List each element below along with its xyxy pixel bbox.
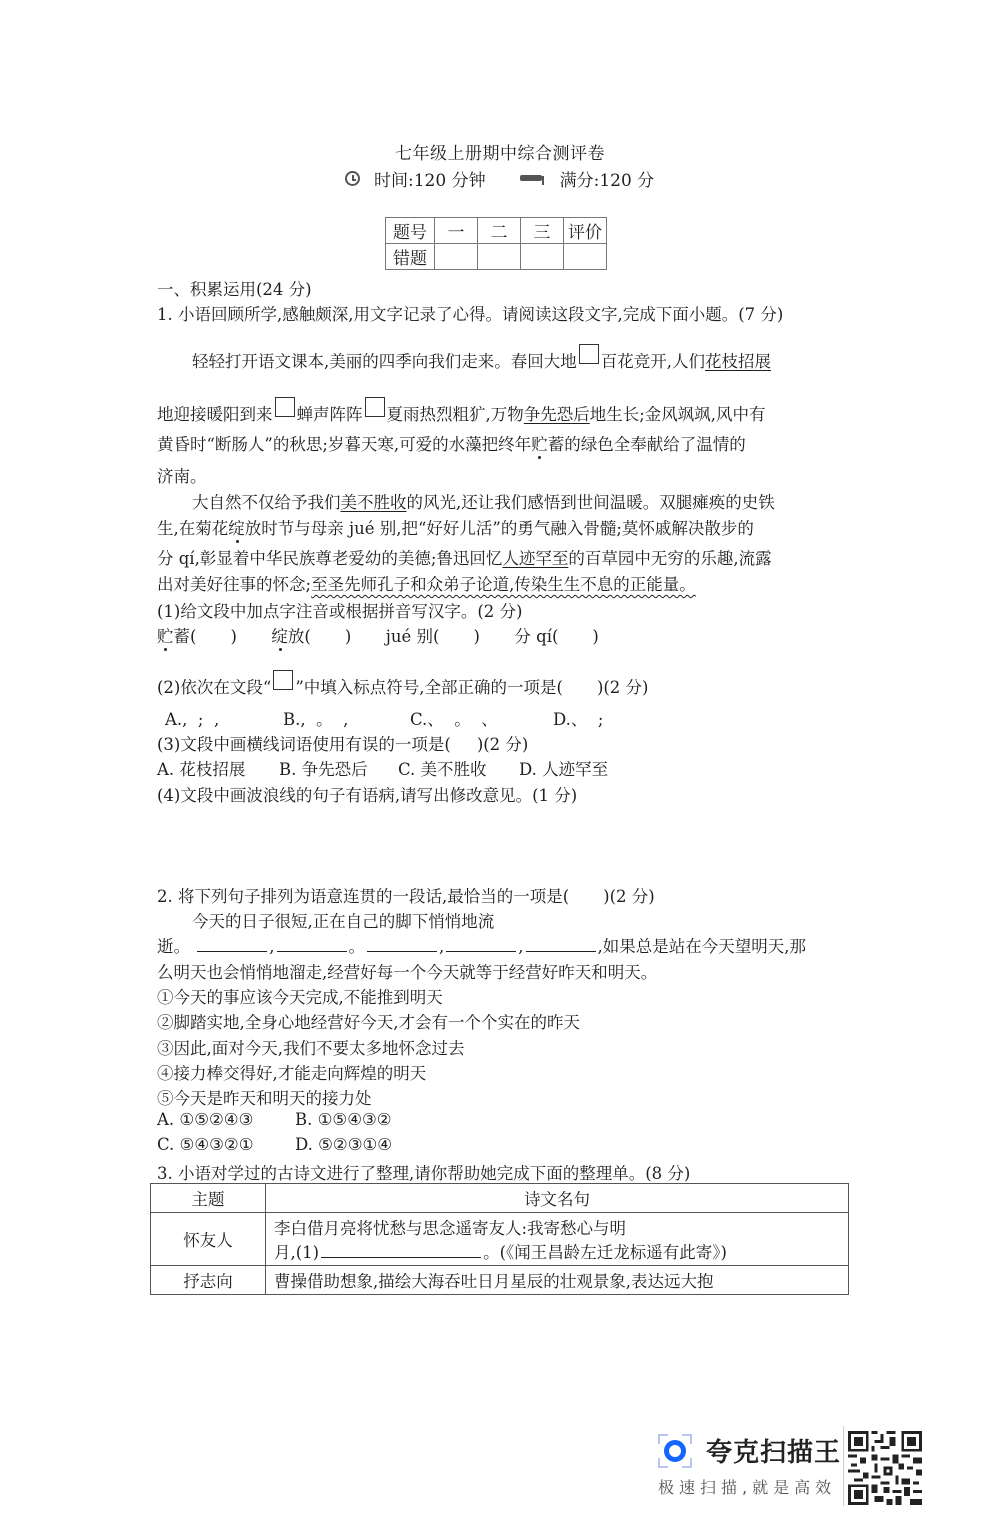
poem-table-header: 主题 诗文名句 <box>151 1184 849 1213</box>
sub1-item-1: 贮蓄() <box>157 627 237 646</box>
option-d[interactable]: D. 人迹罕至 <box>519 760 608 779</box>
brand-slogan: 极速扫描,就是高效 <box>658 1475 841 1498</box>
q1-sub3-options: A. 花枝招展B. 争先恐后C. 美不胜收D. 人迹罕至 <box>157 756 608 780</box>
q2-item-3: ③因此,面对今天,我们不要太多地怀念过去 <box>157 1035 465 1059</box>
option-d[interactable]: D. ⑤②③①④ <box>295 1135 392 1154</box>
box-symbol <box>273 670 293 690</box>
q1-passage-line-1: 轻轻打开语文课本,美丽的四季向我们走来。春回大地百花竞开,人们花枝招展 <box>192 344 771 372</box>
q2-item-5: ⑤今天是昨天和明天的接力处 <box>157 1085 372 1109</box>
score-label: 满分:120 分 <box>560 166 655 191</box>
sub1-item-3: jué 别() <box>386 627 480 646</box>
alarm-clock-icon <box>345 171 360 186</box>
q1-passage2-line-2: 生,在菊花绽放时节与母亲 jué 别,把“好好儿活”的勇气融入骨髓;莫怀戚解决散… <box>157 515 754 539</box>
fill-blank-1[interactable] <box>197 939 267 952</box>
q1-sub2: (2)依次在文段“”中填入标点符号,全部正确的一项是()(2 分) <box>157 670 649 698</box>
cell-errors-2[interactable] <box>478 244 521 270</box>
q2-item-4: ④接力棒交得好,才能走向辉煌的明天 <box>157 1060 426 1084</box>
exam-meta: 时间:120 分钟 满分:120 分 <box>345 166 654 191</box>
poem-table: 主题 诗文名句 怀友人 李白借月亮将忧愁与思念遥寄友人:我寄愁心与明 月,(1)… <box>150 1183 849 1295</box>
brand-name: 夸克扫描王 <box>706 1432 841 1469</box>
punctuation-box-3[interactable] <box>365 397 385 417</box>
qr-code-icon <box>848 1431 922 1505</box>
fill-blank-5[interactable] <box>526 939 596 952</box>
section-heading: 一、积累运用(24 分) <box>157 276 312 300</box>
option-b[interactable]: B., 。 , <box>283 706 410 730</box>
time-label: 时间:120 分钟 <box>374 166 486 191</box>
graduation-cap-icon <box>520 173 546 185</box>
fill-blank-poem-1[interactable] <box>321 1243 481 1258</box>
row-content: 曹操借助想象,描绘大海吞吐日月星辰的壮观景象,表达远大抱 <box>266 1266 849 1295</box>
cell-errors-3[interactable] <box>521 244 564 270</box>
q2-options-row-2: C. ⑤④③②①D. ⑤②③①④ <box>157 1135 392 1154</box>
fill-blank-2[interactable] <box>277 939 347 952</box>
underlined-phrase-2: 争先恐后 <box>524 405 590 424</box>
q2-stem: 2. 将下列句子排列为语意连贯的一段话,最恰当的一项是()(2 分) <box>157 883 655 907</box>
divider <box>843 1426 844 1506</box>
option-b[interactable]: B. ①⑤④③② <box>295 1110 392 1129</box>
cell-section-3: 三 <box>521 218 564 244</box>
q1-passage2-line-3: 分 qí,彰显着中华民族尊老爱幼的美德;鲁迅回忆人迹罕至的百草园中无穷的乐趣,流… <box>157 545 772 569</box>
q2-options-row-1: A. ①⑤②④③B. ①⑤④③② <box>157 1110 392 1129</box>
row-content: 李白借月亮将忧愁与思念遥寄友人:我寄愁心与明 月,(1)。(《闻王昌龄左迁龙标遥… <box>266 1213 849 1266</box>
option-b[interactable]: B. 争先恐后 <box>279 756 398 780</box>
option-a[interactable]: A. 花枝招展 <box>157 756 279 780</box>
cell-question-number: 题号 <box>386 218 435 244</box>
wavy-underlined-sentence: 至圣先师孔子和众弟子论道,传染生生不息的正能量。 <box>311 575 696 594</box>
q1-passage-line-3: 黄昏时“断肠人”的秋思;岁暮天寒,可爱的水藻把终年贮蓄的绿色全奉献给了温情的 <box>157 431 746 455</box>
q1-passage2-line-1: 大自然不仅给予我们美不胜收的风光,还让我们感悟到世间温暖。双腿瘫痪的史铁 <box>192 489 775 513</box>
row-theme: 抒志向 <box>151 1266 266 1295</box>
q1-passage-line-2: 地迎接暖阳到来蝉声阵阵夏雨热烈粗犷,万物争先恐后地生长;金风飒飒,风中有 <box>157 397 766 425</box>
cell-section-1: 一 <box>435 218 478 244</box>
poem-table-row: 怀友人 李白借月亮将忧愁与思念遥寄友人:我寄愁心与明 月,(1)。(《闻王昌龄左… <box>151 1213 849 1266</box>
underlined-phrase-3: 美不胜收 <box>341 493 407 512</box>
dotted-char-1: 贮 <box>531 435 548 454</box>
sub1-item-4: 分 qí() <box>514 627 598 646</box>
option-a[interactable]: A., ; , <box>165 710 283 729</box>
cell-section-2: 二 <box>478 218 521 244</box>
dotted-char-2: 绽 <box>228 519 245 538</box>
q1-passage2-line-4: 出对美好往事的怀念;至圣先师孔子和众弟子论道,传染生生不息的正能量。 <box>157 571 696 595</box>
q1-passage-line-4: 济南。 <box>157 463 207 487</box>
score-table: 题号 一 二 三 评价 错题 <box>385 217 607 270</box>
q3-stem: 3. 小语对学过的古诗文进行了整理,请你帮助她完成下面的整理单。(8 分) <box>157 1160 690 1184</box>
q1-sub1-items: 贮蓄() 绽放() jué 别() 分 qí() <box>157 623 599 647</box>
q2-item-1: ①今天的事应该今天完成,不能推到明天 <box>157 984 443 1008</box>
underlined-phrase-4: 人迹罕至 <box>502 549 568 568</box>
q2-line-3: 么明天也会悄悄地溜走,经营好每一个今天就等于经营好昨天和明天。 <box>157 959 657 983</box>
page-title: 七年级上册期中综合测评卷 <box>0 139 1000 164</box>
row-theme: 怀友人 <box>151 1213 266 1266</box>
fill-blank-3[interactable] <box>367 939 437 952</box>
q2-line-1: 今天的日子很短,正在自己的脚下悄悄地流 <box>192 908 494 932</box>
underlined-phrase-1: 花枝招展 <box>705 352 771 371</box>
option-a[interactable]: A. ①⑤②④③ <box>157 1110 295 1129</box>
q1-sub2-options: A., ; ,B., 。 ,C.、 。 、D.、 ; <box>165 706 603 730</box>
option-c[interactable]: C.、 。 、 <box>410 706 553 730</box>
punctuation-box-1[interactable] <box>579 344 599 364</box>
watermark: 夸克扫描王 极速扫描,就是高效 <box>658 1432 841 1498</box>
q1-sub1: (1)给文段中加点字注音或根据拼音写汉字。(2 分) <box>157 598 523 622</box>
option-c[interactable]: C. ⑤④③②① <box>157 1135 295 1154</box>
fill-blank-4[interactable] <box>446 939 516 952</box>
header-quotes: 诗文名句 <box>266 1184 849 1213</box>
score-table-row-errors: 错题 <box>386 244 607 270</box>
option-d[interactable]: D.、 ; <box>553 710 603 729</box>
q2-line-2: 逝。 ,。,,,如果总是站在今天望明天,那 <box>157 933 806 957</box>
poem-table-row: 抒志向 曹操借助想象,描绘大海吞吐日月星辰的壮观景象,表达远大抱 <box>151 1266 849 1295</box>
quark-logo-icon <box>658 1434 692 1468</box>
q1-sub4: (4)文段中画波浪线的句子有语病,请写出修改意见。(1 分) <box>157 782 577 806</box>
cell-errors-1[interactable] <box>435 244 478 270</box>
cell-errors-label: 错题 <box>386 244 435 270</box>
q1-sub3: (3)文段中画横线词语使用有误的一项是()(2 分) <box>157 731 528 755</box>
option-c[interactable]: C. 美不胜收 <box>398 756 519 780</box>
punctuation-box-2[interactable] <box>275 397 295 417</box>
cell-evaluation: 评价 <box>564 218 607 244</box>
q1-stem: 1. 小语回顾所学,感触颇深,用文字记录了心得。请阅读这段文字,完成下面小题。(… <box>157 301 783 325</box>
sub1-item-2: 绽放() <box>271 627 351 646</box>
score-table-row-header: 题号 一 二 三 评价 <box>386 218 607 244</box>
q2-item-2: ②脚踏实地,全身心地经营好今天,才会有一个个实在的昨天 <box>157 1009 580 1033</box>
cell-errors-eval[interactable] <box>564 244 607 270</box>
header-theme: 主题 <box>151 1184 266 1213</box>
